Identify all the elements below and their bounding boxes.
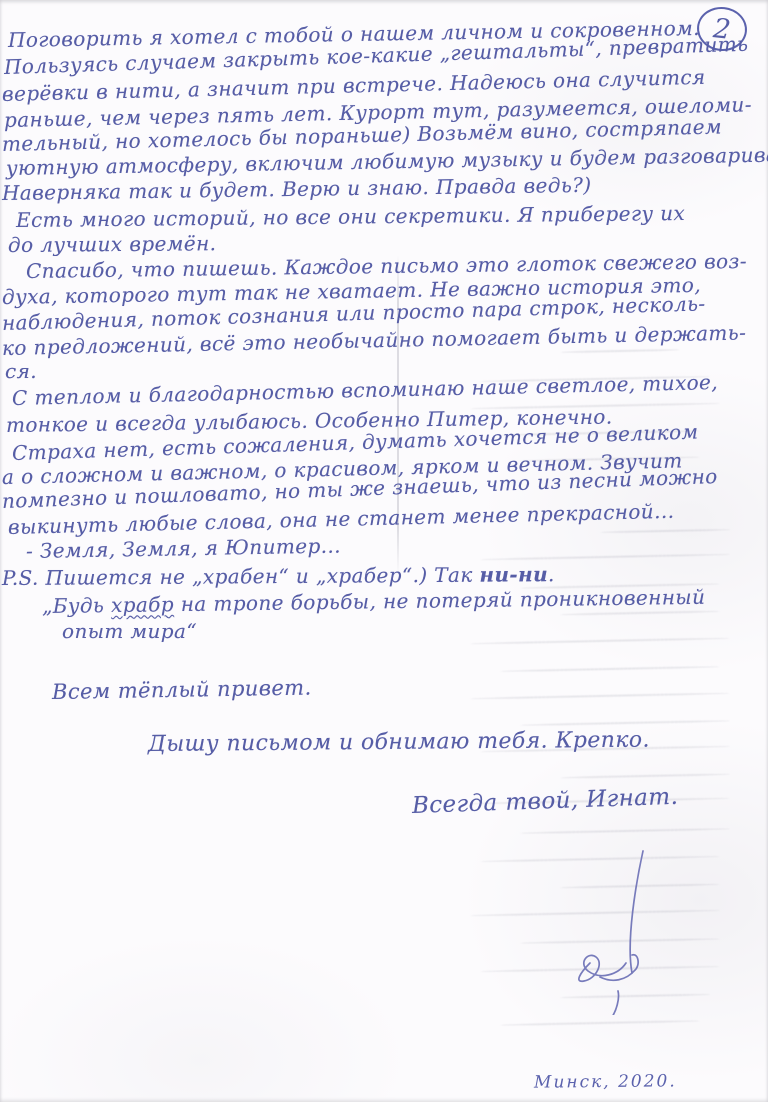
signature-scribble bbox=[560, 845, 680, 1015]
letter-line: ся. bbox=[5, 359, 37, 383]
letter-line: опыт мира“ bbox=[62, 619, 197, 643]
letter-em-wavy-text: храбр bbox=[111, 592, 174, 617]
letter-text: P.S. Пишется не „храбен“ и „храбер“.) Та… bbox=[2, 563, 480, 590]
letter-line: Есть много историй, но все они секретики… bbox=[16, 201, 685, 232]
letter-text: . bbox=[548, 562, 555, 586]
place-date: Минск, 2020. bbox=[534, 1071, 677, 1092]
letter-page: 2 Поговорить я хотел с тобой о нашем лич… bbox=[0, 0, 768, 1102]
letter-line: Всем тёплый привет. bbox=[52, 675, 312, 704]
letter-line: P.S. Пишется не „храбен“ и „храбер“.) Та… bbox=[2, 562, 555, 590]
letter-line: Всегда твой, Игнат. bbox=[412, 784, 679, 819]
letter-text: „Будь bbox=[42, 593, 111, 618]
letter-line: „Будь храбр на тропе борьбы, не потеряй … bbox=[42, 585, 706, 618]
letter-line: - Земля, Земля, я Юпитер... bbox=[26, 534, 341, 563]
letter-text: на тропе борьбы, не потеряй проникновенн… bbox=[174, 585, 706, 616]
letter-line: Дышу письмом и обнимаю тебя. Крепко. bbox=[148, 728, 650, 757]
letter-line: до лучших времён. bbox=[8, 231, 217, 257]
letter-strong-text: ни-ни bbox=[479, 562, 548, 586]
